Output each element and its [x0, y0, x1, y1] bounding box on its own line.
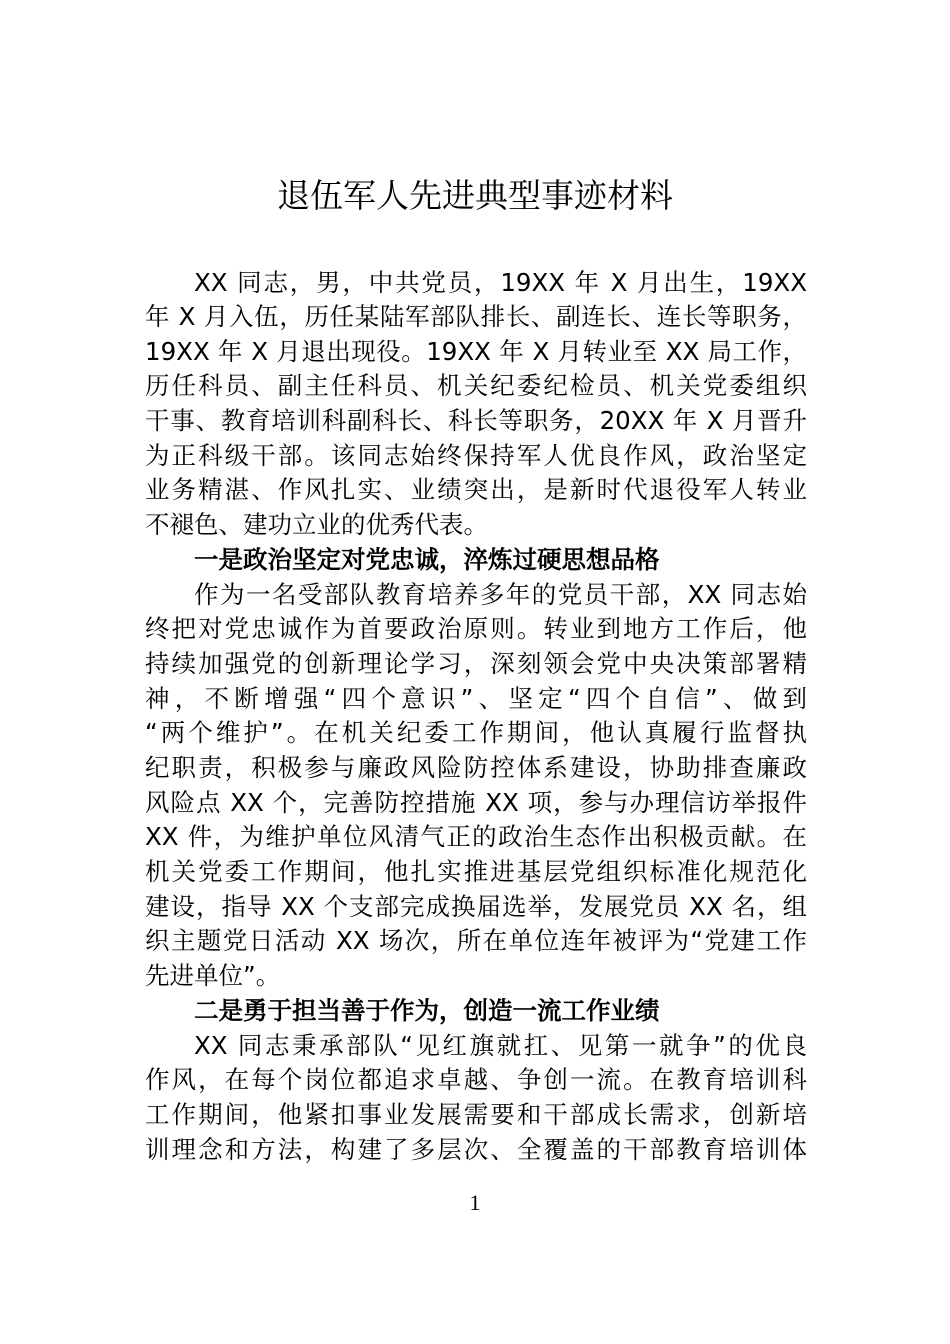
- text-line: 19XX 年 X 月退出现役。19XX 年 X 月转业至 XX 局工作，: [145, 335, 807, 369]
- document-title: 退伍军人先进典型事迹材料: [0, 172, 950, 220]
- text-line: 作为一名受部队教育培养多年的党员干部，XX 同志始: [194, 578, 807, 612]
- text-line: 终把对党忠诚作为首要政治原则。转业到地方工作后，他: [145, 612, 807, 646]
- text-line: 年 X 月入伍，历任某陆军部队排长、副连长、连长等职务，: [145, 300, 807, 334]
- text-line: 业务精湛、作风扎实、业绩突出，是新时代退役军人转业: [145, 473, 807, 507]
- text-line: XX 同志秉承部队“见红旗就扛、见第一就争”的优良: [194, 1029, 807, 1063]
- text-line: 织主题党日活动 XX 场次，所在单位连年被评为“党建工作: [145, 924, 807, 958]
- text-line: 持续加强党的创新理论学习，深刻领会党中央决策部署精: [145, 647, 807, 681]
- section-heading-2: 二是勇于担当善于作为，创造一流工作业绩: [194, 994, 807, 1028]
- text-line: XX 同志，男，中共党员，19XX 年 X 月出生，19XX: [194, 266, 807, 300]
- page-number: 1: [0, 1188, 950, 1218]
- text-line: 作风，在每个岗位都追求卓越、争创一流。在教育培训科: [145, 1063, 807, 1097]
- section-heading-1: 一是政治坚定对党忠诚，淬炼过硬思想品格: [194, 543, 807, 577]
- text-line: 不褪色、建功立业的优秀代表。: [145, 508, 807, 542]
- text-line: 风险点 XX 个，完善防控措施 XX 项，参与办理信访举报件: [145, 786, 807, 820]
- text-line: 为正科级干部。该同志始终保持军人优良作风，政治坚定: [145, 439, 807, 473]
- text-line: “两个维护”。在机关纪委工作期间，他认真履行监督执: [145, 716, 807, 750]
- text-line: 纪职责，积极参与廉政风险防控体系建设，协助排查廉政: [145, 751, 807, 785]
- text-line: XX 件，为维护单位风清气正的政治生态作出积极贡献。在: [145, 820, 807, 854]
- document-page: 退伍军人先进典型事迹材料 XX 同志，男，中共党员，19XX 年 X 月出生，1…: [0, 0, 950, 1344]
- text-line: 历任科员、副主任科员、机关纪委纪检员、机关党委组织: [145, 369, 807, 403]
- text-line: 建设，指导 XX 个支部完成换届选举，发展党员 XX 名，组: [145, 890, 807, 924]
- text-line: 工作期间，他紧扣事业发展需要和干部成长需求，创新培: [145, 1098, 807, 1132]
- text-line: 训理念和方法，构建了多层次、全覆盖的干部教育培训体: [145, 1133, 807, 1167]
- text-line: 神，不断增强“四个意识”、坚定“四个自信”、做到: [145, 682, 807, 716]
- text-line: 机关党委工作期间，他扎实推进基层党组织标准化规范化: [145, 855, 807, 889]
- text-line: 先进单位”。: [145, 959, 807, 993]
- text-line: 干事、教育培训科副科长、科长等职务，20XX 年 X 月晋升: [145, 404, 807, 438]
